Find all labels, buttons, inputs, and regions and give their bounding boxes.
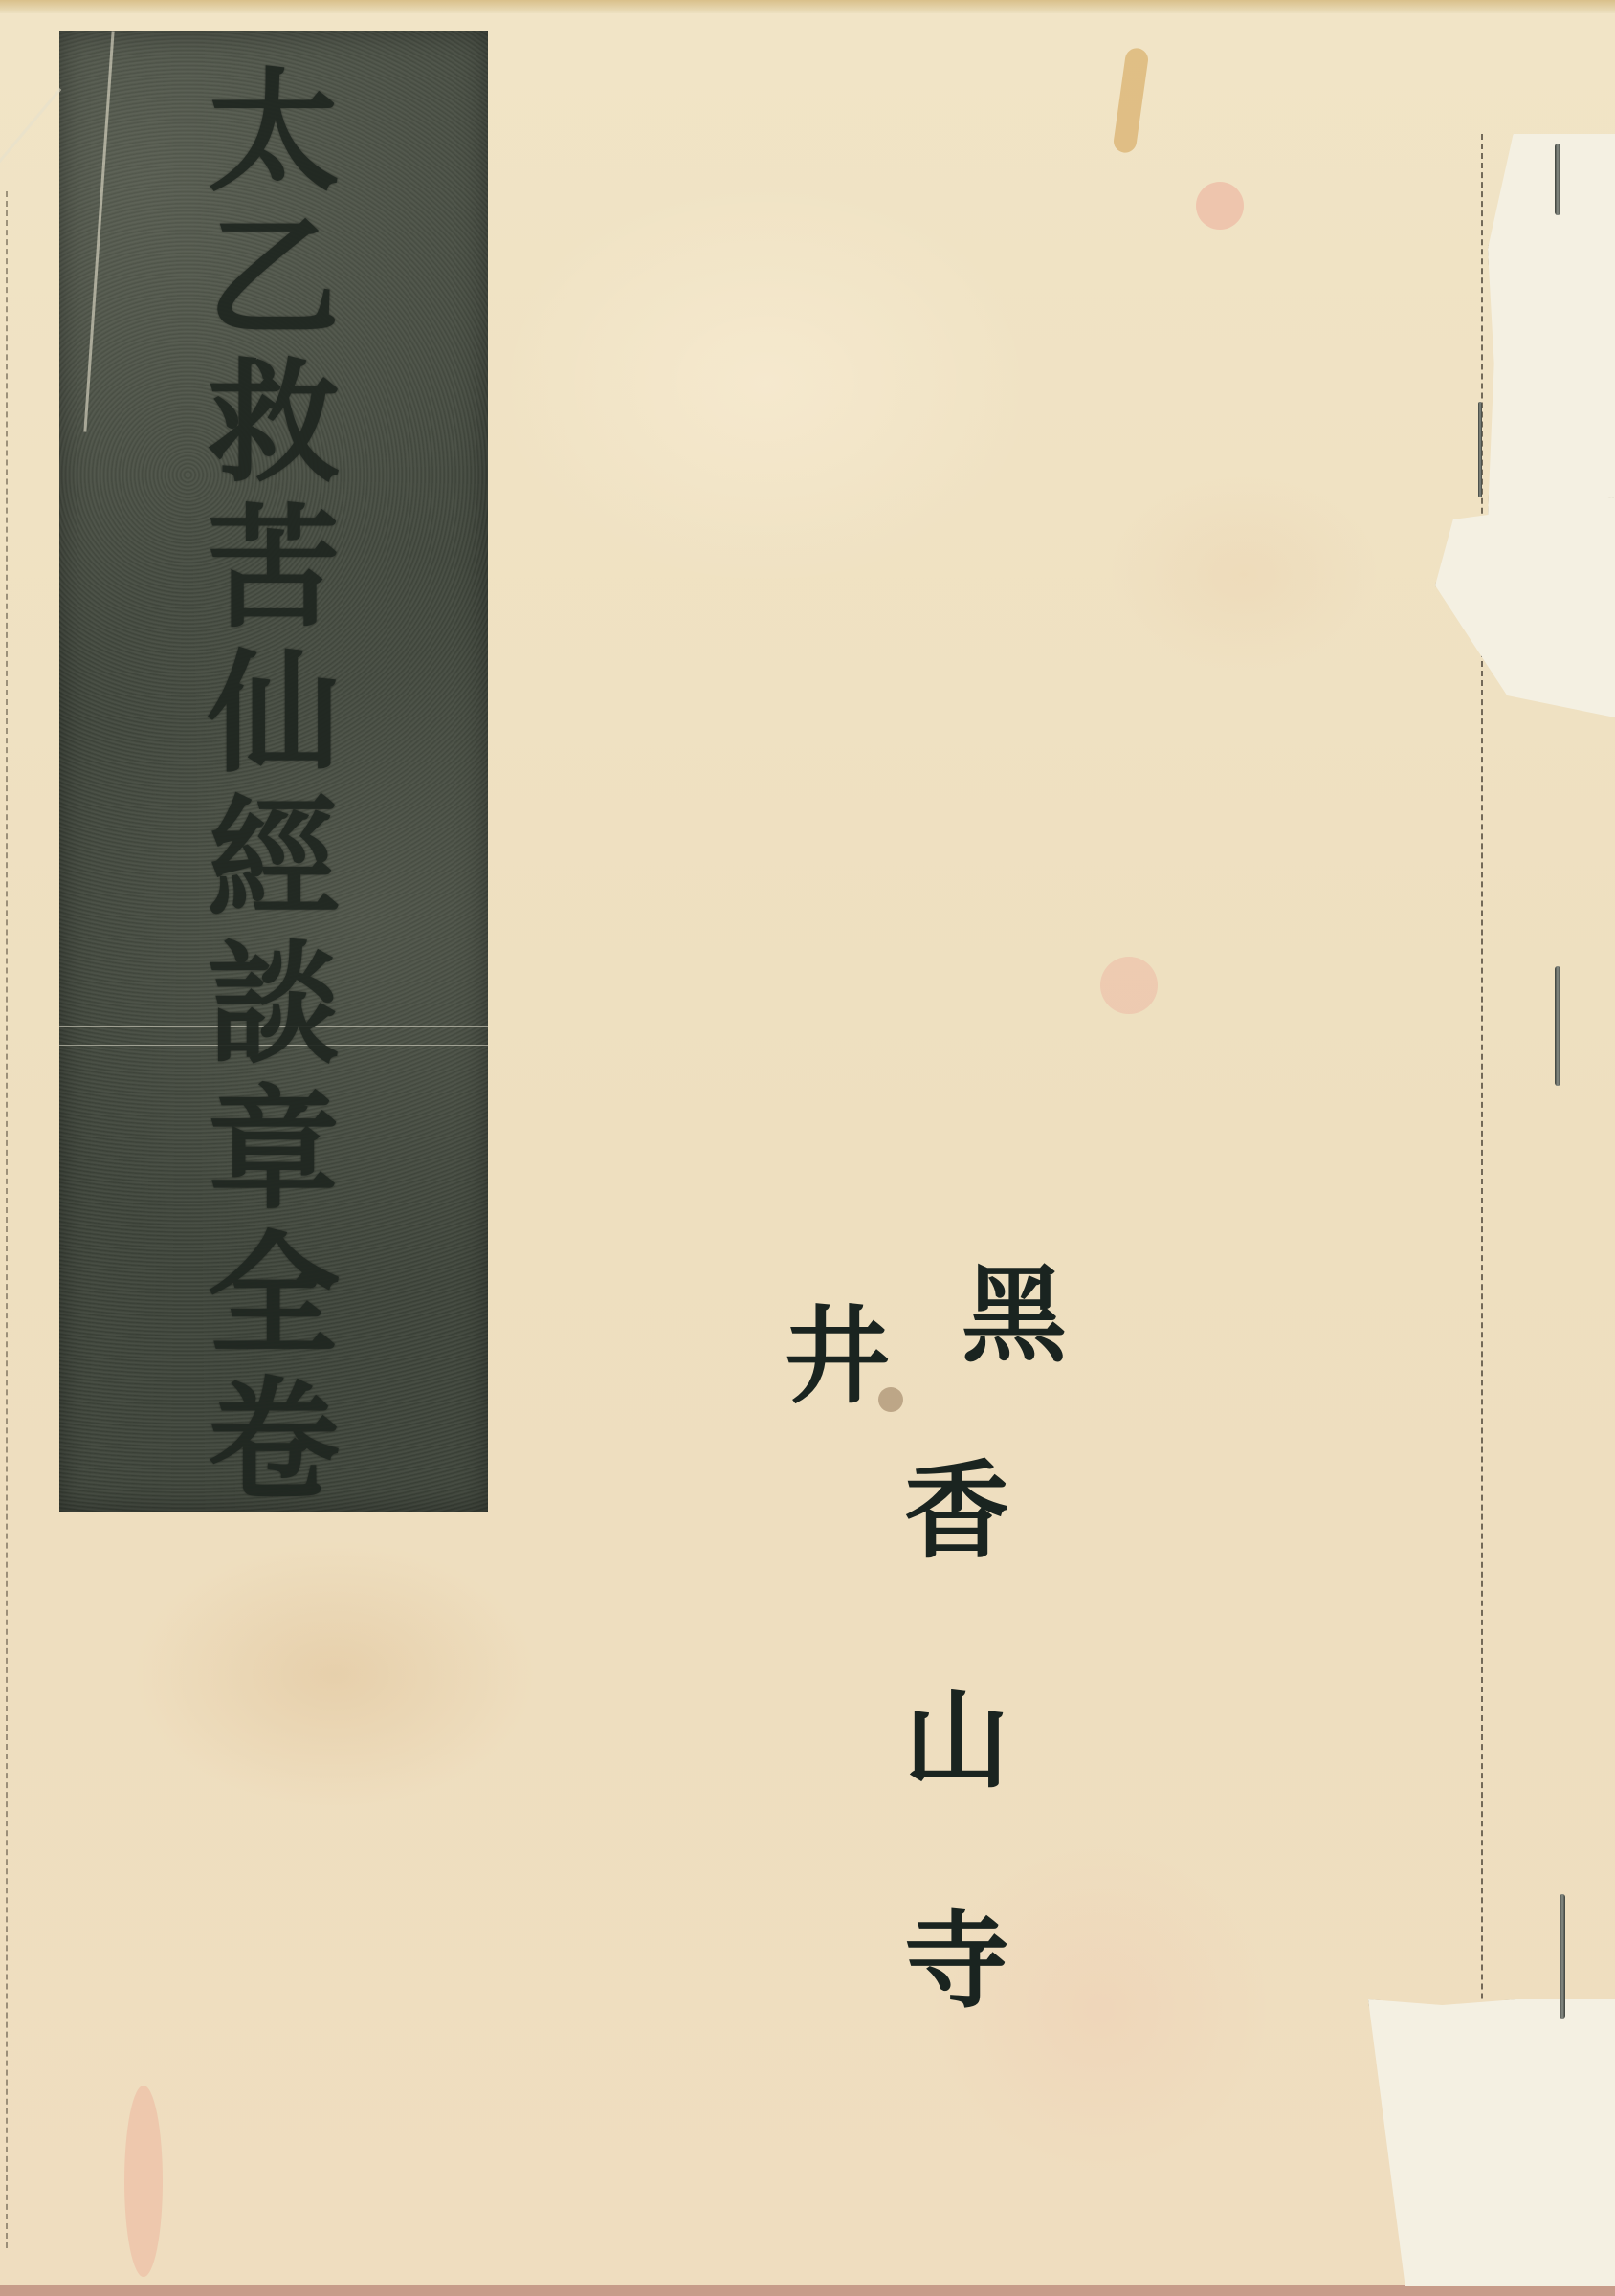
staple: [1555, 143, 1560, 215]
title-char: 救: [208, 350, 340, 496]
stain: [124, 2086, 163, 2277]
handwritten-char: 寺: [904, 1865, 1009, 2057]
title-char: 談: [208, 932, 340, 1077]
staple: [1560, 1894, 1565, 2019]
handwritten-side-char: 井: [785, 1272, 890, 1424]
book-title: 太 乙 救 苦 仙 經 談 章 全 卷: [59, 59, 488, 1513]
top-edge: [0, 0, 1615, 13]
title-char: 經: [208, 786, 340, 932]
handwritten-char: 黑: [962, 1244, 1067, 1387]
title-char: 乙: [208, 205, 340, 350]
title-char: 苦: [208, 496, 340, 641]
handwritten-char: 香: [904, 1416, 1009, 1607]
stain: [1100, 957, 1158, 1014]
torn-paper-patch: [1488, 134, 1615, 517]
title-char: 仙: [208, 641, 340, 786]
title-char: 太: [208, 59, 340, 205]
torn-paper-patch: [1368, 1999, 1615, 2286]
title-char: 章: [208, 1077, 340, 1223]
title-char: 全: [208, 1223, 340, 1368]
title-char: 卷: [208, 1368, 340, 1513]
left-border-line: [6, 191, 10, 2248]
staple: [1478, 402, 1482, 497]
bottom-edge: [0, 2285, 1615, 2296]
stain: [1196, 182, 1244, 230]
title-strip: 太 乙 救 苦 仙 經 談 章 全 卷: [59, 31, 488, 1512]
handwritten-inscription: 黑 香 山 寺: [880, 1244, 1033, 2057]
staple: [1555, 966, 1560, 1086]
handwritten-char: 山: [904, 1645, 1009, 1837]
